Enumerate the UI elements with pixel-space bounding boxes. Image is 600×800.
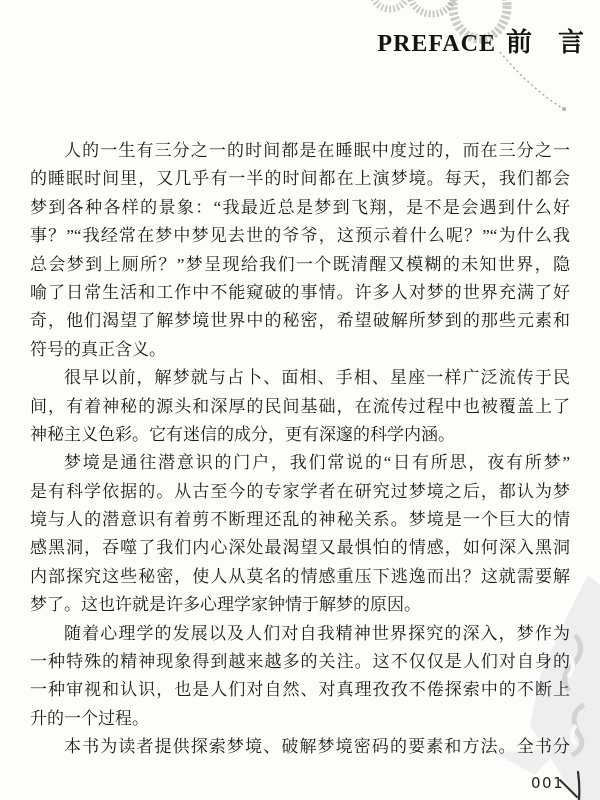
preface-page: PREFACE前 言 人的一生有三分之一的时间都是在睡眠中度过的，而在三分之一的… bbox=[0, 0, 600, 800]
text-line: 境与人的潜意识有着剪不断理还乱的神秘关系。梦境是一个巨大的情 bbox=[30, 506, 570, 534]
preface-title-en: PREFACE bbox=[377, 31, 496, 57]
text-line: 升的一个过程。 bbox=[30, 705, 570, 733]
body-text: 人的一生有三分之一的时间都是在睡眠中度过的，而在三分之一的睡眠时间里，又几乎有一… bbox=[30, 137, 570, 762]
stamp-rings-icon bbox=[368, 0, 600, 125]
text-line: 梦到各种各样的景象：“我最近总是梦到飞翔，是不是会遇到什么好 bbox=[30, 194, 570, 222]
text-line: 随着心理学的发展以及人们对自我精神世界探究的深入，梦作为 bbox=[30, 620, 570, 648]
text-line: 喻了日常生活和工作中不能窥破的事情。许多人对梦的世界充满了好 bbox=[30, 279, 570, 307]
preface-title-zh: 前 言 bbox=[506, 28, 584, 57]
text-line: 的睡眠时间里，又几乎有一半的时间都在上演梦境。每天，我们都会 bbox=[30, 165, 570, 193]
text-line: 奇，他们渴望了解梦境世界中的秘密，希望破解所梦到的那些元素和 bbox=[30, 307, 570, 335]
text-line: 梦了。这也许就是许多心理学家钟情于解梦的原因。 bbox=[30, 591, 570, 619]
text-line: 一种特殊的精神现象得到越来越多的关注。这不仅仅是人们对自身的 bbox=[30, 648, 570, 676]
text-line: 内部探究这些秘密，使人从莫名的情感重压下逃逸而出？这就需要解 bbox=[30, 563, 570, 591]
corner-mark-icon bbox=[556, 770, 588, 800]
text-line: 是有科学依据的。从古至今的专家学者在研究过梦境之后，都认为梦 bbox=[30, 478, 570, 506]
page-header: PREFACE前 言 bbox=[377, 22, 584, 59]
text-line: 人的一生有三分之一的时间都是在睡眠中度过的，而在三分之一 bbox=[30, 137, 570, 165]
text-line: 本书为读者提供探索梦境、破解梦境密码的要素和方法。全书分 bbox=[30, 733, 570, 761]
text-line: 神秘主义色彩。它有迷信的成分，更有深邃的科学内涵。 bbox=[30, 421, 570, 449]
text-line: 事？”“我经常在梦中梦见去世的爷爷，这预示着什么呢？”“为什么我 bbox=[30, 222, 570, 250]
text-line: 间，有着神秘的源头和深厚的民间基础，在流传过程中也被覆盖上了 bbox=[30, 393, 570, 421]
text-line: 符号的真正含义。 bbox=[30, 336, 570, 364]
text-line: 梦境是通往潜意识的门户，我们常说的“日有所思，夜有所梦” bbox=[30, 449, 570, 477]
text-line: 感黑洞，吞噬了我们内心深处最渴望又最惧怕的情感，如何深入黑洞 bbox=[30, 534, 570, 562]
text-line: 总会梦到上厕所？”梦呈现给我们一个既清醒又模糊的未知世界，隐 bbox=[30, 251, 570, 279]
text-line: 一种审视和认识，也是人们对自然、对真理孜孜不倦探索中的不断上 bbox=[30, 676, 570, 704]
text-line: 很早以前，解梦就与占卜、面相、手相、星座一样广泛流传于民 bbox=[30, 364, 570, 392]
